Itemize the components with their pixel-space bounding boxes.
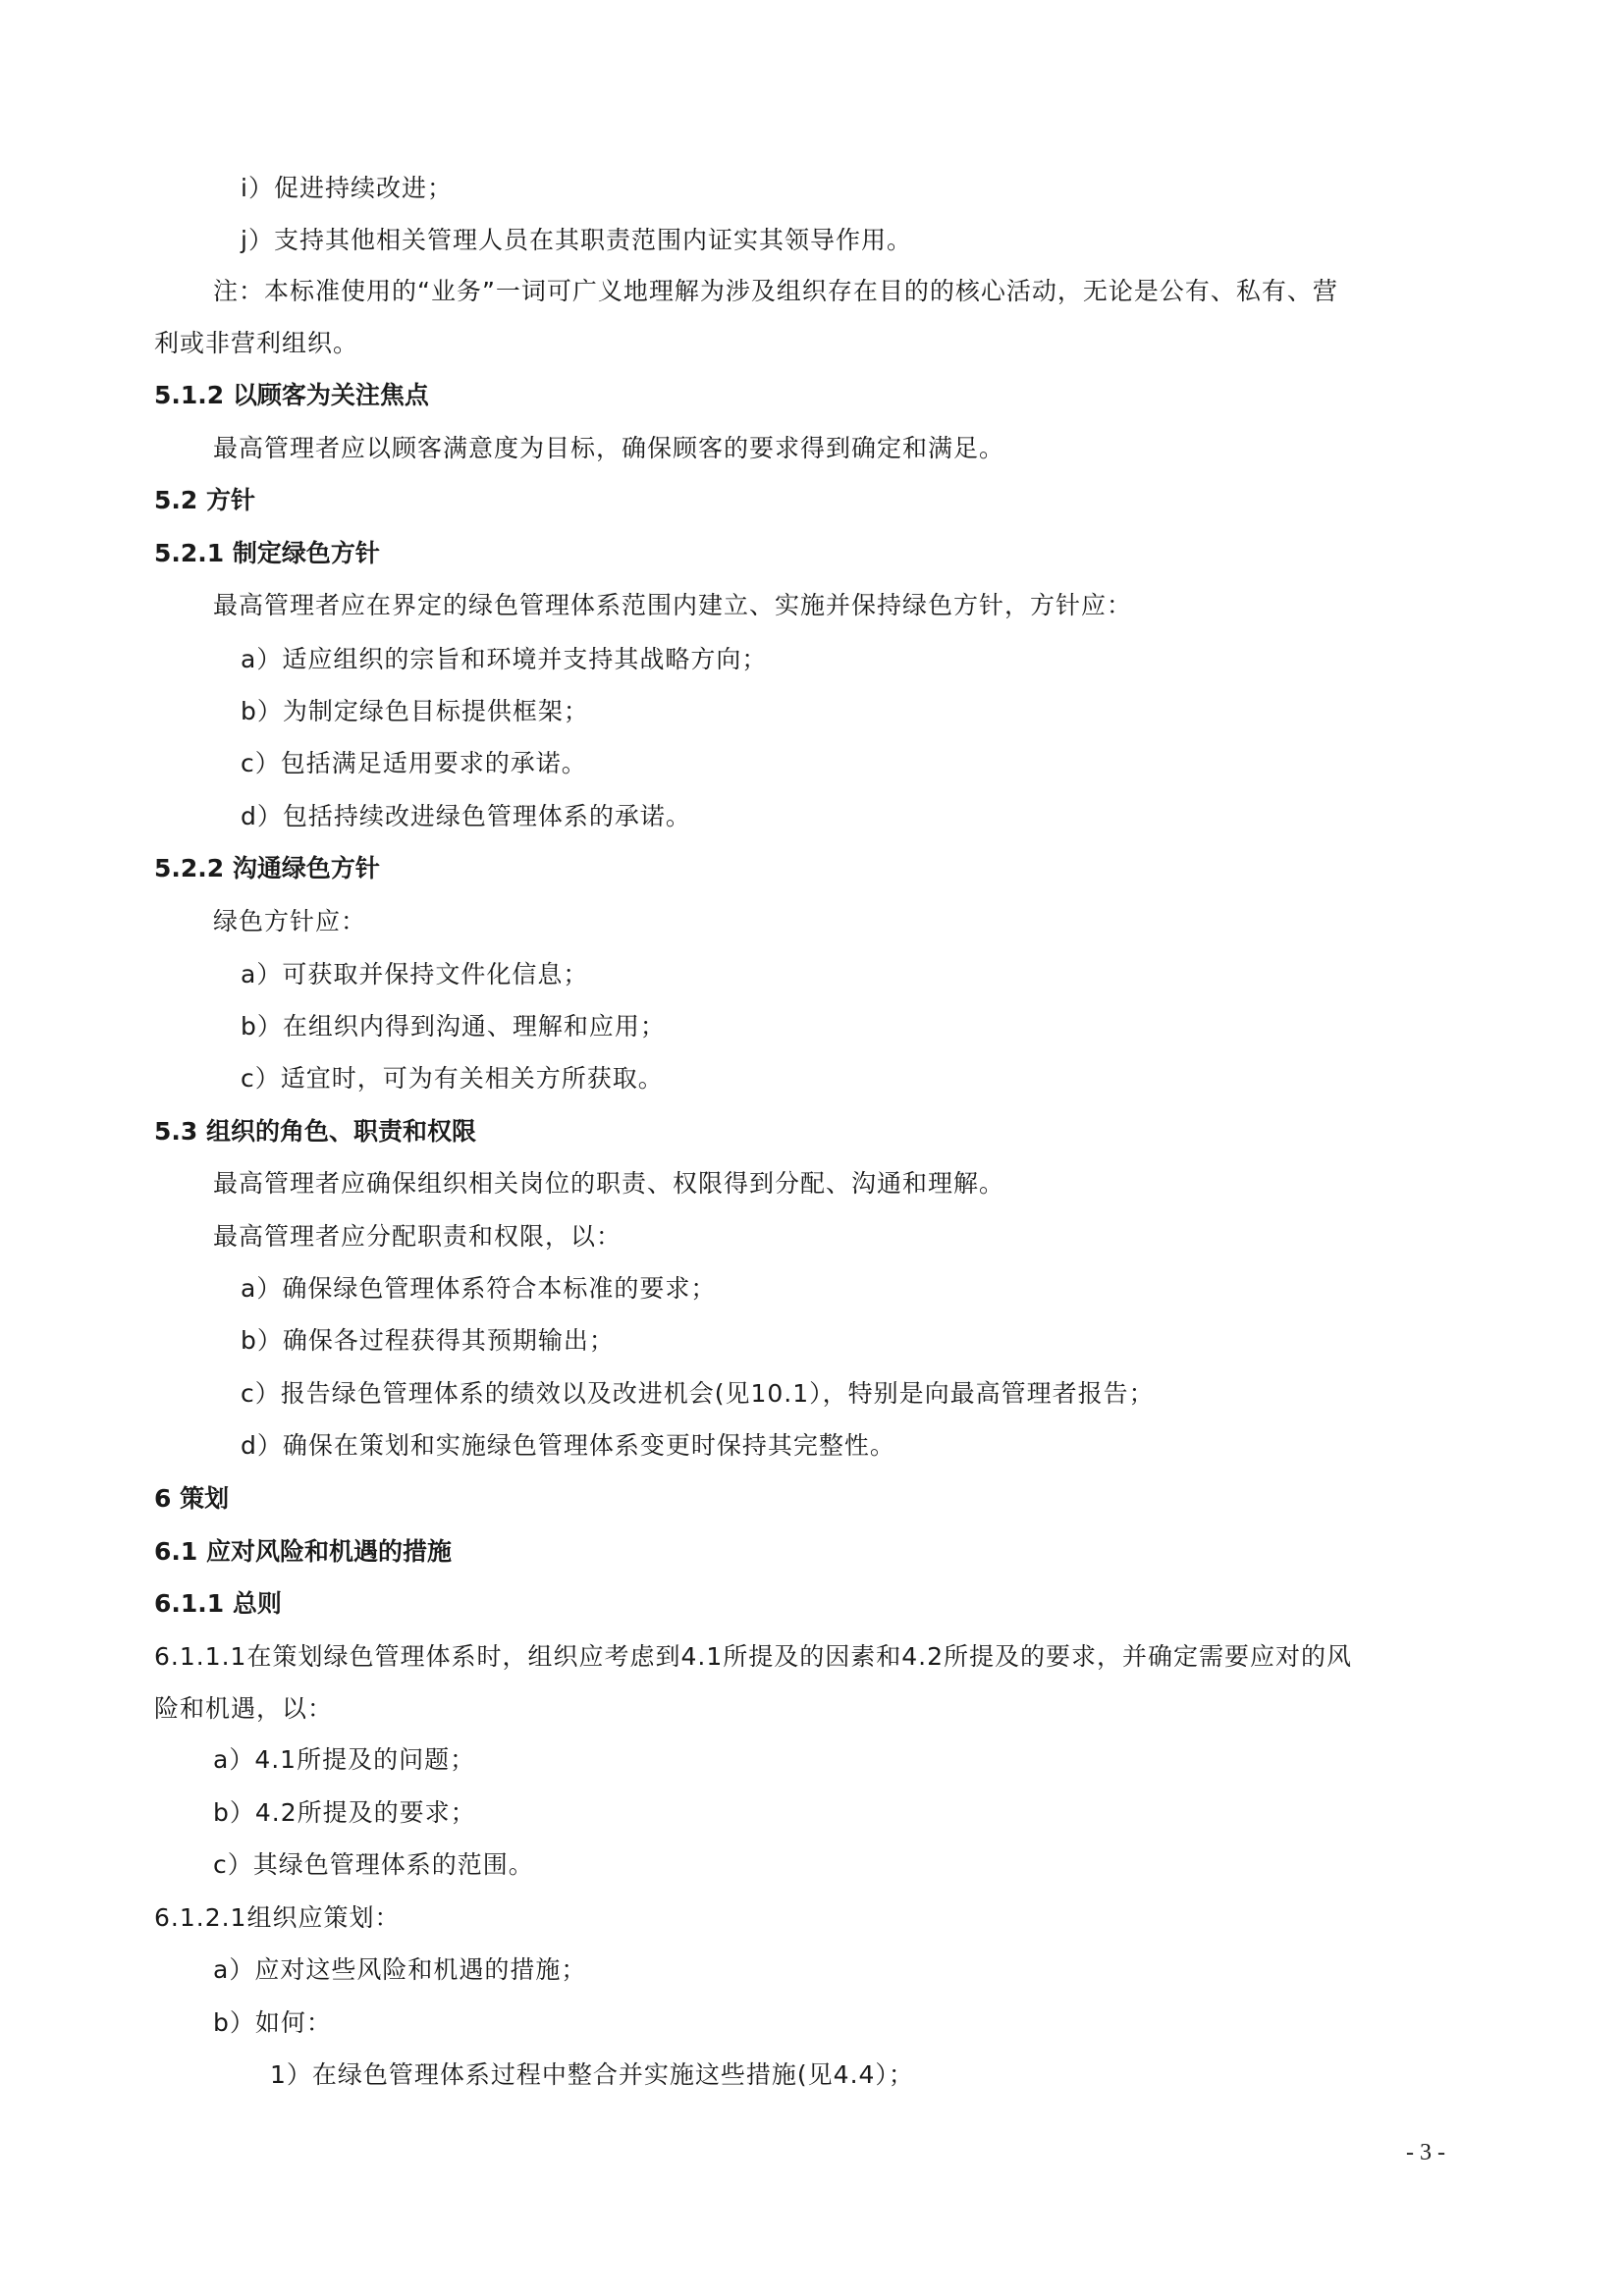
- list-item: a）4.1所提及的问题；: [213, 1744, 475, 1776]
- paragraph-line: 最高管理者应以顾客满意度为目标，确保顾客的要求得到确定和满足。: [213, 433, 1004, 464]
- paragraph-line: 利或非营利组织。: [154, 328, 358, 359]
- section-heading: 5.2 方针: [154, 485, 255, 516]
- list-item: b）如何：: [213, 2007, 332, 2039]
- list-item: a）可获取并保持文件化信息；: [241, 959, 588, 990]
- paragraph-line: 绿色方针应：: [213, 906, 366, 937]
- list-item: c）适宜时，可为有关相关方所获取。: [241, 1063, 664, 1095]
- section-heading: 6 策划: [154, 1483, 229, 1515]
- list-item: 1）在绿色管理体系过程中整合并实施这些措施(见4.4）；: [270, 2059, 914, 2091]
- list-item: b）4.2所提及的要求；: [213, 1797, 476, 1829]
- list-item: b）在组织内得到沟通、理解和应用；: [241, 1011, 666, 1042]
- paragraph-line: 注：本标准使用的“业务”一词可广义地理解为涉及组织存在目的的核心活动，无论是公有…: [213, 276, 1338, 307]
- list-item: a）适应组织的宗旨和环境并支持其战略方向；: [241, 644, 767, 675]
- page-number: - 3 -: [1406, 2140, 1445, 2166]
- list-item: d）确保在策划和实施绿色管理体系变更时保持其完整性。: [241, 1430, 895, 1462]
- paragraph-line: 6.1.2.1组织应策划：: [154, 1902, 400, 1934]
- section-heading: 6.1 应对风险和机遇的措施: [154, 1536, 452, 1568]
- list-item: c）其绿色管理体系的范围。: [213, 1849, 534, 1881]
- section-heading: 5.2.2 沟通绿色方针: [154, 853, 380, 884]
- paragraph-line: 最高管理者应在界定的绿色管理体系范围内建立、实施并保持绿色方针，方针应：: [213, 590, 1132, 621]
- paragraph-line: 6.1.1.1在策划绿色管理体系时，组织应考虑到4.1所提及的因素和4.2所提及…: [154, 1641, 1352, 1673]
- list-item: c）报告绿色管理体系的绩效以及改进机会(见10.1），特别是向最高管理者报告；: [241, 1378, 1155, 1410]
- section-heading: 5.2.1 制定绿色方针: [154, 538, 380, 569]
- list-item: b）确保各过程获得其预期输出；: [241, 1325, 615, 1357]
- list-item: c）包括满足适用要求的承诺。: [241, 748, 587, 779]
- list-item: d）包括持续改进绿色管理体系的承诺。: [241, 801, 691, 832]
- list-item: a）应对这些风险和机遇的措施；: [213, 1954, 586, 1986]
- section-heading: 6.1.1 总则: [154, 1588, 282, 1620]
- list-item: j）支持其他相关管理人员在其职责范围内证实其领导作用。: [241, 225, 912, 256]
- paragraph-line: 最高管理者应确保组织相关岗位的职责、权限得到分配、沟通和理解。: [213, 1168, 1004, 1200]
- section-heading: 5.3 组织的角色、职责和权限: [154, 1116, 476, 1148]
- list-item: a）确保绿色管理体系符合本标准的要求；: [241, 1273, 716, 1305]
- paragraph-line: 险和机遇，以：: [154, 1693, 333, 1725]
- section-heading: 5.1.2 以顾客为关注焦点: [154, 380, 429, 411]
- paragraph-line: 最高管理者应分配职责和权限，以：: [213, 1221, 622, 1253]
- list-item: b）为制定绿色目标提供框架；: [241, 696, 589, 727]
- list-item: i）促进持续改进；: [241, 173, 453, 204]
- document-page: i）促进持续改进；j）支持其他相关管理人员在其职责范围内证实其领导作用。注：本标…: [0, 0, 1624, 2296]
